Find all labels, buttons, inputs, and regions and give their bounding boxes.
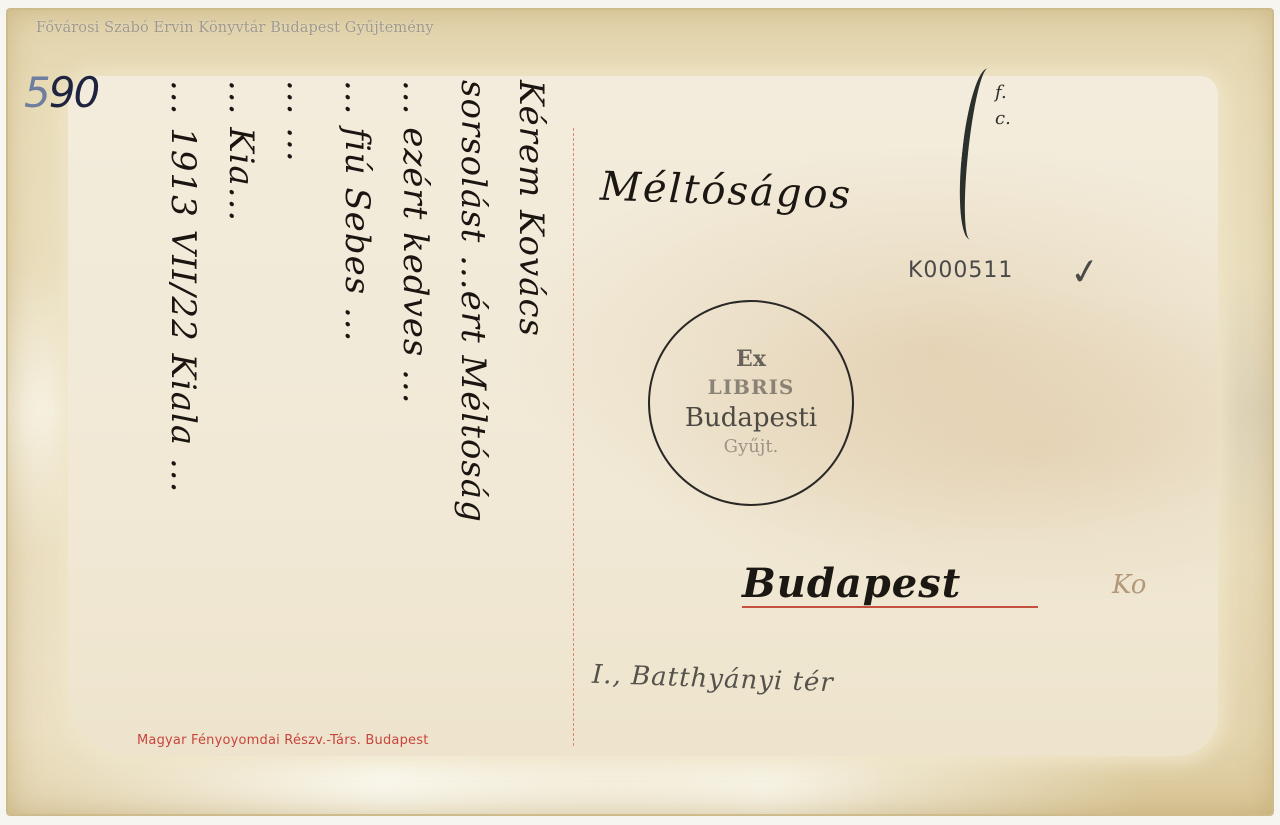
message-line: ... Kia... [212, 80, 270, 720]
stamp-line: Ex [736, 346, 766, 372]
inventory-number-first-digit: 5 [24, 68, 49, 117]
corner-note-line: c. [995, 106, 1015, 132]
message-address-divider [573, 128, 574, 746]
address-city: Budapest [742, 560, 961, 607]
stamp-line: Gyűjt. [724, 434, 779, 460]
corner-note: f. c. [995, 80, 1015, 132]
library-stamp: Ex LIBRIS Budapesti Gyűjt. [648, 300, 854, 506]
city-underline [742, 606, 1038, 608]
stamp-line: Budapesti [685, 402, 817, 434]
collection-watermark: Fővárosi Szabó Ervin Könyvtár Budapest G… [36, 20, 434, 36]
handwritten-message: Kérem Kovács sorsolást ...ért Méltóság .… [80, 80, 560, 720]
message-line: ... fiú Sebes ... [328, 80, 386, 720]
message-line: sorsolást ...ért Méltóság [444, 80, 502, 720]
catalog-code: K000511 [908, 258, 1013, 283]
printer-imprint: Magyar Fényoyomdai Részv.-Társ. Budapest [137, 733, 429, 748]
message-line: Kérem Kovács [502, 80, 560, 720]
checkmark-icon: ✓ [1067, 250, 1103, 295]
stamp-line: LIBRIS [708, 372, 795, 402]
bleed-through-text: Ko [1112, 570, 1146, 600]
address-title: Méltóságos [599, 164, 853, 219]
message-line: ... ezért kedves ... [386, 80, 444, 720]
message-line: ... ... [270, 80, 328, 720]
message-line: ... 1913 VII/22 Kiala ... [154, 80, 212, 720]
corner-note-line: f. [995, 80, 1015, 106]
